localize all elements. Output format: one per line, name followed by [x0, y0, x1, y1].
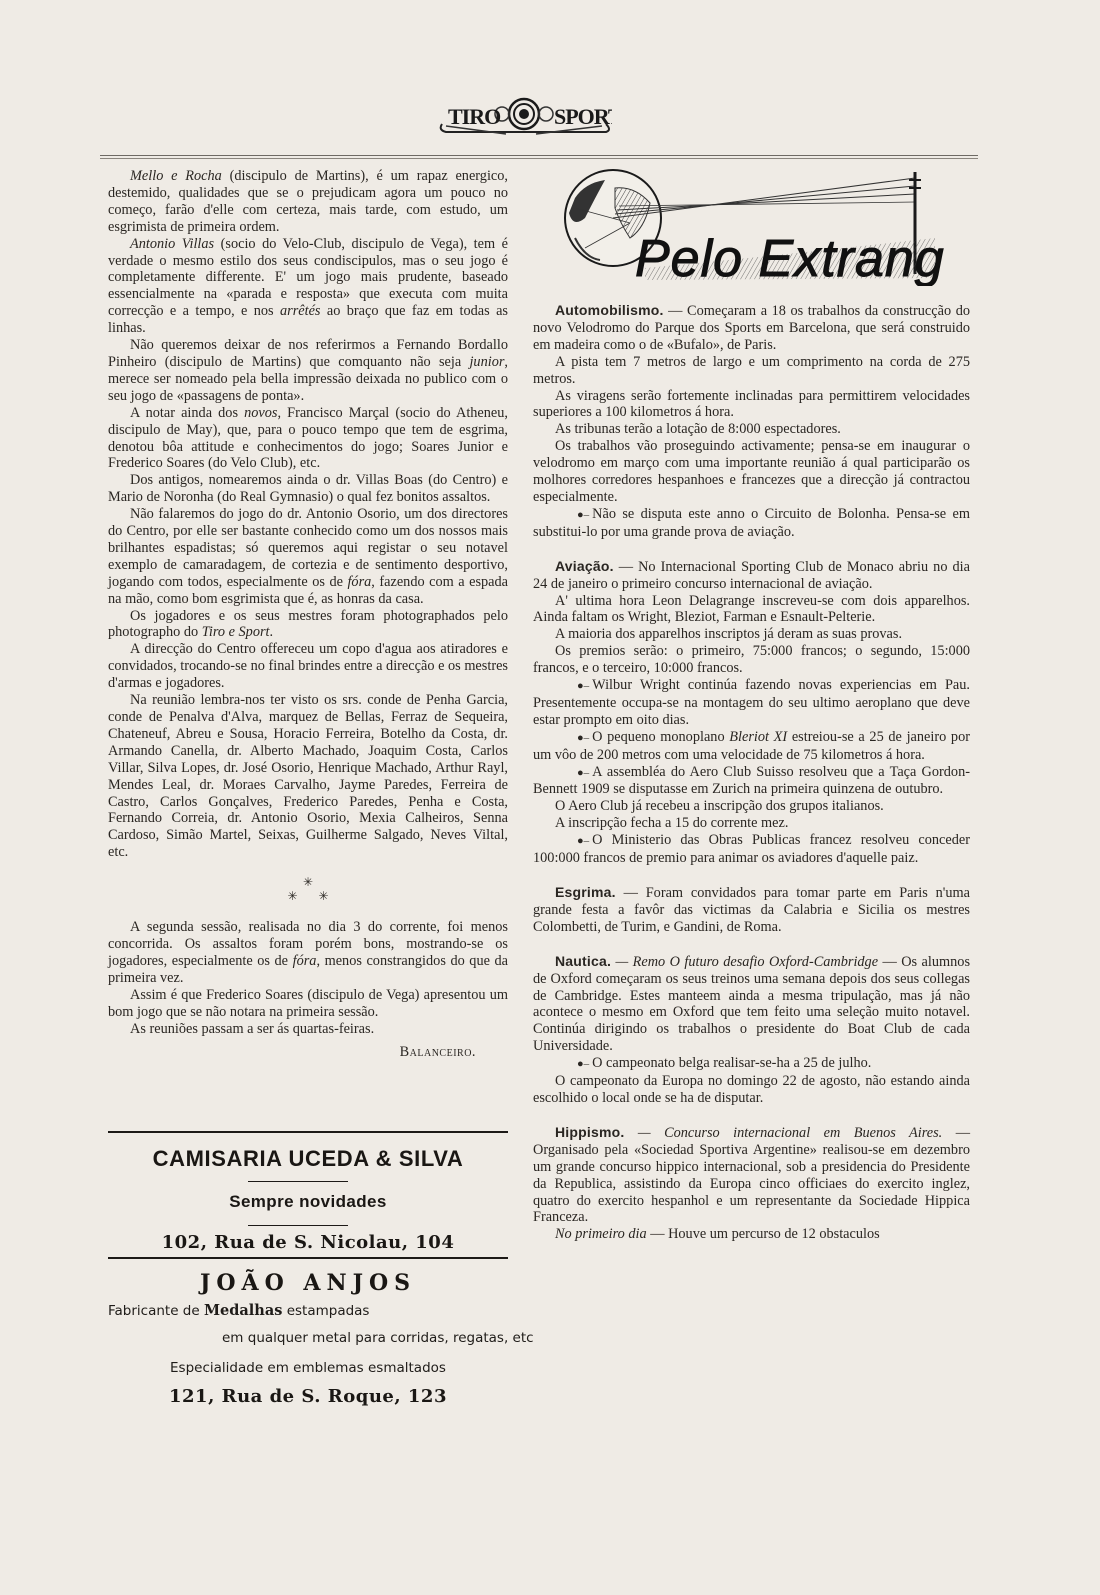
ad-text-bold: Medalhas [204, 1302, 282, 1319]
paragraph: ●–Não se disputa este anno o Circuito de… [533, 506, 970, 541]
ad-divider [108, 1257, 508, 1259]
paragraph-text: Não se disputa este anno o Circuito de B… [533, 506, 970, 540]
paragraph: ●–O Ministerio das Obras Publicas france… [533, 832, 970, 867]
italic-term: Tiro e Sport [202, 624, 270, 640]
paragraph: Mello e Rocha (discipulo de Martins), é … [108, 168, 508, 236]
section-banner: Pelo Extrangeiro [555, 168, 945, 286]
paragraph: Os premios serão: o primeiro, 75:000 fra… [533, 643, 970, 677]
section-automobilismo: Automobilismo. — Começaram a 18 os traba… [533, 302, 970, 354]
paragraph-text: A direcção do Centro offereceu um copo d… [108, 641, 508, 691]
paragraph: Os jogadores e os seus mestres foram pho… [108, 608, 508, 642]
paragraph-text: A notar ainda dos [130, 405, 244, 421]
svg-text:TIRO: TIRO [448, 104, 501, 129]
italic-term: novos [244, 405, 277, 421]
section-heading: Hippismo. [555, 1124, 624, 1140]
paragraph-text: — Houve um percurso de 12 obstaculos [647, 1226, 880, 1242]
paragraph: A' ultima hora Leon Delagrange inscreveu… [533, 593, 970, 627]
paragraph-text: Os trabalhos vão proseguindo activamente… [533, 438, 970, 505]
ad-joao-anjos-address: 121, Rua de S. Roque, 123 [108, 1386, 508, 1407]
italic-term: arrêtés [280, 303, 321, 319]
paragraph: ●–O pequeno monoplano Bleriot XI estreio… [533, 729, 970, 764]
italic-subheading: — Concurso internacional em Buenos Aires… [624, 1125, 942, 1141]
ad-divider [108, 1131, 508, 1133]
section-esgrima: Esgrima. — Foram convidados para tomar p… [533, 884, 970, 936]
svg-text:SPORT: SPORT [554, 104, 612, 129]
banner-title: Pelo Extrangeiro [635, 230, 945, 286]
paragraph-text: O pequeno monoplano [592, 729, 729, 745]
paragraph-text: Não queremos deixar de nos referirmos a … [108, 337, 508, 370]
ad-camisaria-subtitle: Sempre novidades [108, 1192, 508, 1212]
ad-joao-anjos-line2: em qualquer metal para corridas, regatas… [222, 1330, 534, 1346]
section-aviacao: Aviação. — No Internacional Sporting Clu… [533, 558, 970, 593]
paragraph: Antonio Villas (socio do Velo-Club, disc… [108, 236, 508, 337]
paragraph-text: As tribunas terão a lotação de 8:000 esp… [555, 421, 841, 437]
section-heading: Nautica. [555, 953, 611, 969]
paragraph-text: Assim é que Frederico Soares (discipulo … [108, 987, 508, 1020]
section-heading: Esgrima. [555, 884, 616, 900]
ad-camisaria-title: CAMISARIA UCEDA & SILVA [108, 1146, 508, 1172]
masthead-logo: TIRO SPORT [436, 94, 612, 138]
paragraph-text: Wilbur Wright continúa fazendo novas exp… [533, 677, 970, 728]
header-rule [100, 155, 978, 156]
paragraph: As reuniões passam a ser ás quartas-feir… [108, 1021, 508, 1038]
italic-term: fóra [347, 574, 371, 590]
pointer-bullet-icon: ●– [555, 507, 589, 524]
italic-lead: No primeiro dia [555, 1226, 647, 1242]
paragraph-text: Dos antigos, nomearemos ainda o dr. Vill… [108, 472, 508, 505]
ad-joao-anjos-title: JOÃO ANJOS [108, 1270, 508, 1296]
paragraph-text: Os jogadores e os seus mestres foram pho… [108, 608, 508, 641]
ad-joao-anjos-line3: Especialidade em emblemas esmaltados [108, 1360, 508, 1376]
pointer-bullet-icon: ●– [555, 833, 589, 850]
paragraph: A notar ainda dos novos, Francisco Marça… [108, 405, 508, 473]
paragraph-text: A inscripção fecha a 15 do corrente mez. [555, 815, 788, 831]
paragraph: ●–A assembléa do Aero Club Suisso resolv… [533, 764, 970, 799]
paragraph: Na reunião lembra-nos ter visto os srs. … [108, 692, 508, 861]
section-heading: Aviação. [555, 558, 614, 574]
paragraph-text: O campeonato belga realisar-se-ha a 25 d… [592, 1055, 871, 1071]
paragraph: Assim é que Frederico Soares (discipulo … [108, 987, 508, 1021]
right-column-news: Automobilismo. — Começaram a 18 os traba… [533, 302, 970, 1243]
paragraph-text: A assembléa do Aero Club Suisso resolveu… [533, 764, 970, 798]
paragraph-text: As viragens serão fortemente inclinadas … [533, 388, 970, 421]
pointer-bullet-icon: ●– [555, 765, 589, 782]
italic-name: Mello e Rocha [130, 168, 222, 184]
paragraph: As tribunas terão a lotação de 8:000 esp… [533, 421, 970, 438]
paragraph: Dos antigos, nomearemos ainda o dr. Vill… [108, 472, 508, 506]
paragraph-text: A pista tem 7 metros de largo e um compr… [533, 354, 970, 387]
paragraph: As viragens serão fortemente inclinadas … [533, 388, 970, 422]
italic-subheading: — Remo O futuro desafio Oxford-Cambridge [611, 954, 878, 970]
italic-term: junior [469, 354, 504, 370]
ad-short-rule [248, 1181, 348, 1182]
ad-text: Fabricante de [108, 1303, 204, 1319]
pointer-bullet-icon: ●– [555, 730, 589, 747]
paragraph: A maioria dos apparelhos inscriptos já d… [533, 626, 970, 643]
globe-telegraph-icon: Pelo Extrangeiro [555, 168, 945, 286]
asterism-separator: ✳✳ ✳ [108, 875, 508, 903]
paragraph: A direcção do Centro offereceu um copo d… [108, 641, 508, 692]
section-hippismo: Hippismo. — Concurso internacional em Bu… [533, 1124, 970, 1226]
ad-text: estampadas [282, 1303, 369, 1319]
paragraph-text: . [270, 624, 274, 640]
paragraph-text: A' ultima hora Leon Delagrange inscreveu… [533, 593, 970, 626]
paragraph: ●–Wilbur Wright continúa fazendo novas e… [533, 677, 970, 729]
ad-joao-anjos-line1: Fabricante de Medalhas estampadas [108, 1302, 369, 1319]
paragraph-text: O campeonato da Europa no domingo 22 de … [533, 1073, 970, 1106]
ad-short-rule [248, 1225, 348, 1226]
italic-term: Bleriot XI [729, 729, 787, 745]
paragraph-text: A maioria dos apparelhos inscriptos já d… [555, 626, 902, 642]
ad-camisaria-address: 102, Rua de S. Nicolau, 104 [108, 1232, 508, 1253]
left-column-article: Mello e Rocha (discipulo de Martins), é … [108, 168, 508, 1060]
paragraph: A inscripção fecha a 15 do corrente mez. [533, 815, 970, 832]
section-nautica: Nautica. — Remo O futuro desafio Oxford-… [533, 953, 970, 1055]
paragraph: Não queremos deixar de nos referirmos a … [108, 337, 508, 405]
pointer-bullet-icon: ●– [555, 678, 589, 695]
target-logo-icon: TIRO SPORT [436, 94, 612, 138]
italic-name: Antonio Villas [130, 236, 214, 252]
paragraph: A segunda sessão, realisada no dia 3 do … [108, 919, 508, 987]
paragraph-text: As reuniões passam a ser ás quartas-feir… [130, 1021, 374, 1037]
paragraph: Não falaremos do jogo do dr. Antonio Oso… [108, 506, 508, 607]
author-signature: Balanceiro. [108, 1044, 508, 1061]
italic-term: fóra [293, 953, 317, 969]
section-heading: Automobilismo. [555, 302, 664, 318]
paragraph: ●–O campeonato belga realisar-se-ha a 25… [533, 1055, 970, 1073]
paragraph: Os trabalhos vão proseguindo activamente… [533, 438, 970, 506]
header-rule-secondary [100, 158, 978, 159]
paragraph-text: Os premios serão: o primeiro, 75:000 fra… [533, 643, 970, 676]
paragraph: O Aero Club já recebeu a inscripção dos … [533, 798, 970, 815]
paragraph: O campeonato da Europa no domingo 22 de … [533, 1073, 970, 1107]
paragraph-text: O Ministerio das Obras Publicas francez … [533, 832, 970, 866]
paragraph: No primeiro dia — Houve um percurso de 1… [533, 1226, 970, 1243]
pointer-bullet-icon: ●– [555, 1056, 589, 1073]
paragraph: A pista tem 7 metros de largo e um compr… [533, 354, 970, 388]
paragraph-text: O Aero Club já recebeu a inscripção dos … [555, 798, 884, 814]
paragraph-text: Na reunião lembra-nos ter visto os srs. … [108, 692, 508, 860]
